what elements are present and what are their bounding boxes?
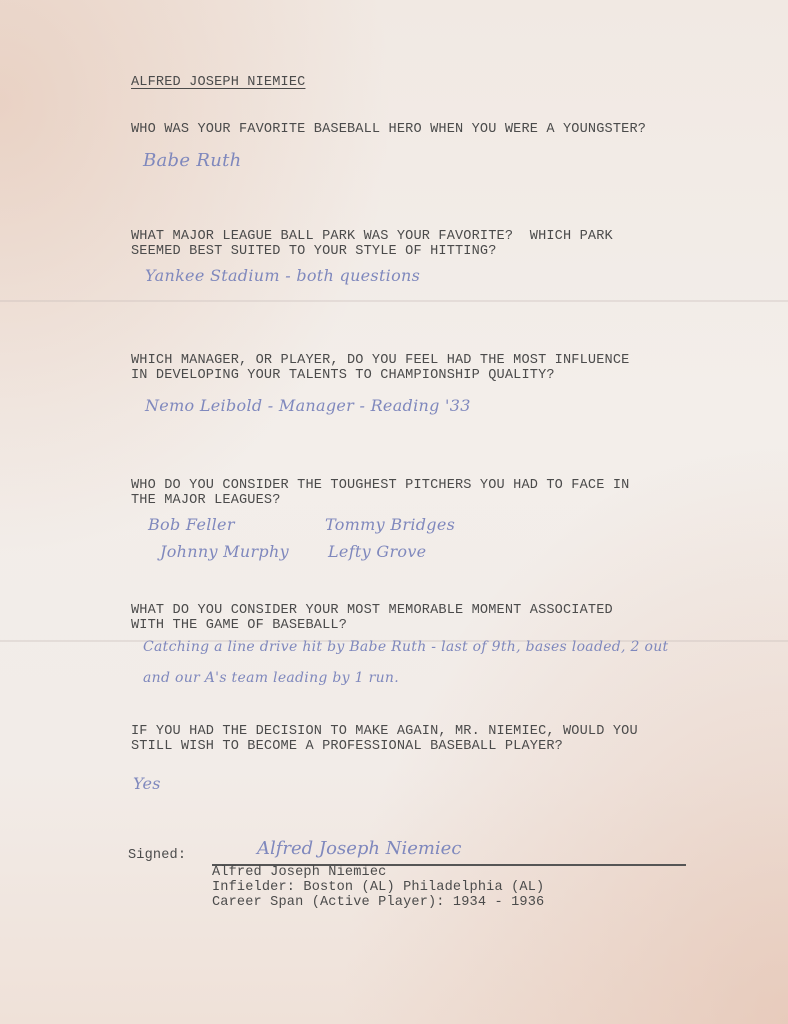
question-1: WHO WAS YOUR FAVORITE BASEBALL HERO WHEN… <box>131 122 646 137</box>
question-4-line-2: THE MAJOR LEAGUES? <box>131 493 281 508</box>
answer-5-line-1: Catching a line drive hit by Babe Ruth -… <box>143 639 668 655</box>
answer-1: Babe Ruth <box>143 150 242 171</box>
document-heading: ALFRED JOSEPH NIEMIEC <box>131 75 305 90</box>
typed-name: Alfred Joseph Niemiec <box>212 865 386 880</box>
question-2-line-2: SEEMED BEST SUITED TO YOUR STYLE OF HITT… <box>131 244 497 259</box>
question-6-line-1: IF YOU HAD THE DECISION TO MAKE AGAIN, M… <box>131 724 638 739</box>
player-position: Infielder: Boston (AL) Philadelphia (AL) <box>212 880 544 895</box>
answer-4-pitcher: Tommy Bridges <box>325 515 455 534</box>
question-2-line-1: WHAT MAJOR LEAGUE BALL PARK WAS YOUR FAV… <box>131 229 613 244</box>
answer-6: Yes <box>133 774 161 793</box>
question-3-line-1: WHICH MANAGER, OR PLAYER, DO YOU FEEL HA… <box>131 353 629 368</box>
signed-label: Signed: <box>128 848 186 863</box>
answer-4-pitcher: Lefty Grove <box>328 542 426 561</box>
question-3-line-2: IN DEVELOPING YOUR TALENTS TO CHAMPIONSH… <box>131 368 555 383</box>
question-6-line-2: STILL WISH TO BECOME A PROFESSIONAL BASE… <box>131 739 563 754</box>
handwritten-signature: Alfred Joseph Niemiec <box>257 838 461 859</box>
answer-3: Nemo Leibold - Manager - Reading '33 <box>145 396 471 415</box>
answer-2: Yankee Stadium - both questions <box>145 266 420 285</box>
career-span: Career Span (Active Player): 1934 - 1936 <box>212 895 544 910</box>
answer-4-pitcher: Johnny Murphy <box>160 542 289 561</box>
question-4-line-1: WHO DO YOU CONSIDER THE TOUGHEST PITCHER… <box>131 478 629 493</box>
answer-5-line-2: and our A's team leading by 1 run. <box>143 670 399 686</box>
paper-fold <box>0 300 788 302</box>
question-5-line-2: WITH THE GAME OF BASEBALL? <box>131 618 347 633</box>
answer-4-pitcher: Bob Feller <box>148 515 235 534</box>
question-5-line-1: WHAT DO YOU CONSIDER YOUR MOST MEMORABLE… <box>131 603 613 618</box>
questionnaire-page: ALFRED JOSEPH NIEMIEC WHO WAS YOUR FAVOR… <box>0 0 788 1024</box>
